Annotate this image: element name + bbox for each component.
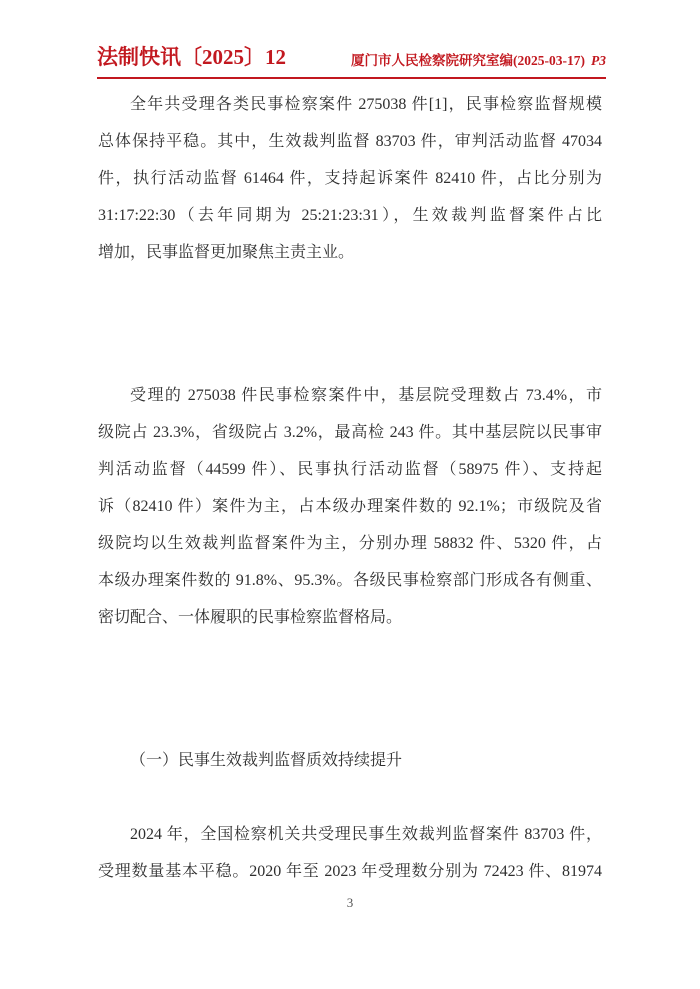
text-line: 受理数量基本平稳。2020 年至 2023 年受理数分别为 72423 件、81… bbox=[98, 853, 602, 890]
paragraph-caseload-by-level: 受理的 275038 件民事检察案件中，基层院受理数占 73.4%，市级院占 2… bbox=[98, 377, 602, 636]
text-line: 总体保持平稳。其中，生效裁判监督 83703 件，审判活动监督 47034 bbox=[98, 123, 602, 160]
text-line: 本级办理案件数的 91.8%、95.3%。各级民事检察部门形成各有侧重、 bbox=[98, 562, 602, 599]
page-reference: P3 bbox=[591, 53, 606, 68]
text-line: 密切配合、一体履职的民事检察监督格局。 bbox=[98, 599, 602, 636]
page-number: 3 bbox=[0, 893, 700, 913]
text-line: 诉（82410 件）案件为主，占本级办理案件数的 92.1%；市级院及省 bbox=[98, 488, 602, 525]
text-line: 增加，民事监督更加聚焦主责主业。 bbox=[98, 234, 602, 271]
bulletin-title: 法制快讯〔2025〕12 bbox=[97, 44, 286, 70]
text-line: 全年共受理各类民事检察案件 275038 件[1]，民事检察监督规模 bbox=[98, 86, 602, 123]
header-source-line: 厦门市人民检察院研究室编(2025-03-17)P3 bbox=[351, 52, 606, 70]
text-line: 判活动监督（44599 件）、民事执行活动监督（58975 件）、支持起 bbox=[98, 451, 602, 488]
text-line: 级院均以生效裁判监督案件为主，分别办理 58832 件、5320 件，占 bbox=[98, 525, 602, 562]
text-line: 件，执行活动监督 61464 件，支持起诉案件 82410 件，占比分别为 bbox=[98, 160, 602, 197]
text-line: 受理的 275038 件民事检察案件中，基层院受理数占 73.4%，市 bbox=[98, 377, 602, 414]
paragraph-effective-judgment-supervision: 2024 年，全国检察机关共受理民事生效裁判监督案件 83703 件，受理数量基… bbox=[98, 816, 602, 890]
paragraph-overall-caseload: 全年共受理各类民事检察案件 275038 件[1]，民事检察监督规模总体保持平稳… bbox=[98, 86, 602, 271]
text-line: 级院占 23.3%，省级院占 3.2%，最高检 243 件。其中基层院以民事审 bbox=[98, 414, 602, 451]
text-line: 31:17:22:30（去年同期为 25:21:23:31），生效裁判监督案件占… bbox=[98, 197, 602, 234]
document-page: 法制快讯〔2025〕12 厦门市人民检察院研究室编(2025-03-17)P3 … bbox=[0, 0, 700, 989]
text-line: 2024 年，全国检察机关共受理民事生效裁判监督案件 83703 件， bbox=[98, 816, 602, 853]
section-heading: （一）民事生效裁判监督质效持续提升 bbox=[98, 742, 602, 779]
source-text: 厦门市人民检察院研究室编(2025-03-17) bbox=[351, 53, 585, 68]
page-header: 法制快讯〔2025〕12 厦门市人民检察院研究室编(2025-03-17)P3 bbox=[97, 44, 606, 79]
